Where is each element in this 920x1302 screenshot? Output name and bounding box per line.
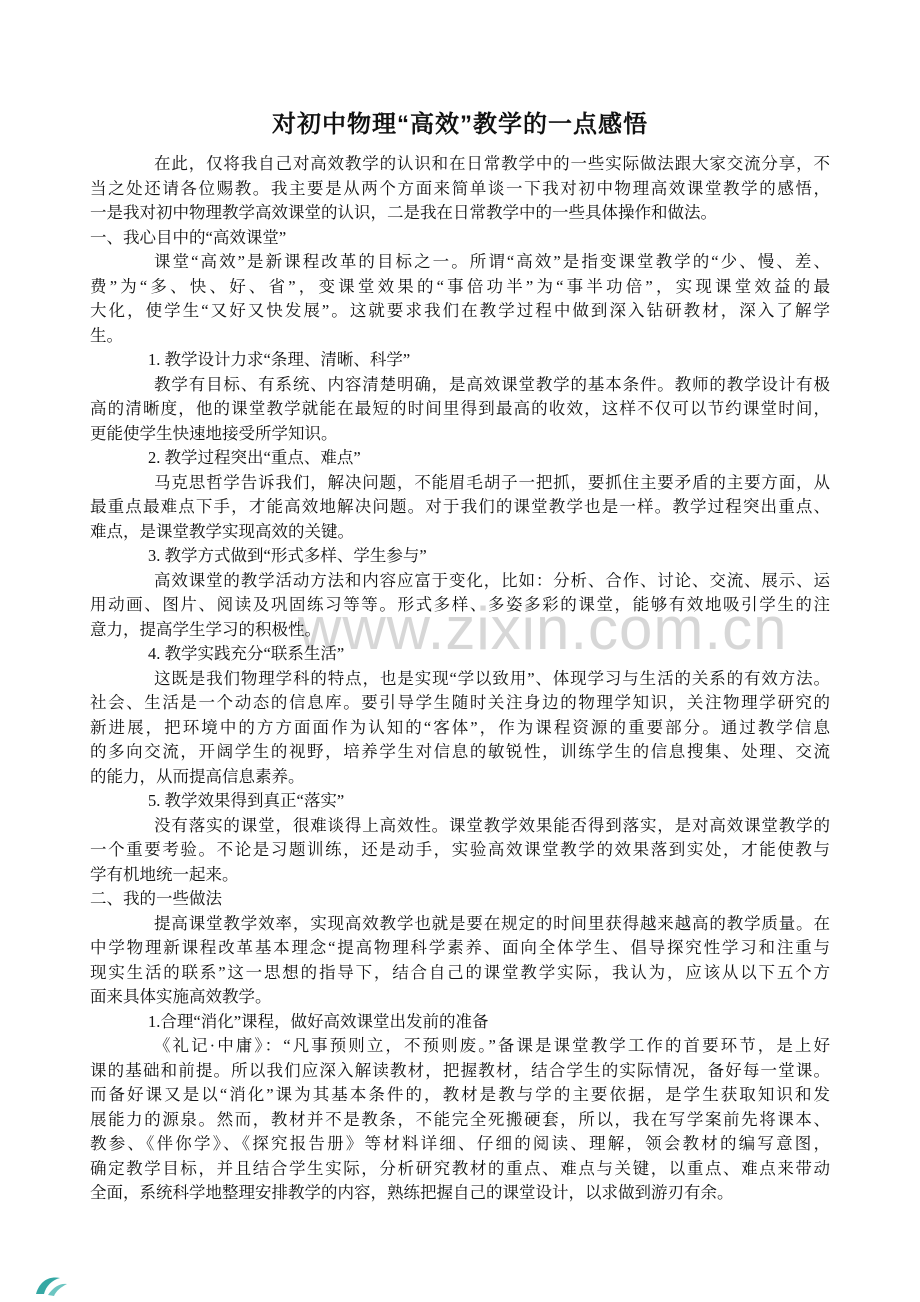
text-line: 一是我对初中物理教学高效课堂的认识，二是我在日常教学中的一些具体操作和做法。	[90, 201, 830, 226]
text-line: 新进展，把环境中的方方面面作为认知的“客体”，作为课程资源的重要部分。通过教学信…	[90, 716, 830, 741]
text-line: 二、我的一些做法	[90, 887, 830, 912]
text-line: 一、我心目中的“高效课堂”	[90, 226, 830, 251]
text-line: 1. 教学设计力求“条理、清晰、科学”	[90, 348, 830, 373]
text-line: 大化，使学生“又好又快发展”。这就要求我们在教学过程中做到深入钻研教材，深入了解…	[90, 299, 830, 324]
corner-logo-icon	[30, 1270, 70, 1300]
text-line: 意力，提高学生学习的积极性。	[90, 618, 830, 643]
text-line: 的能力，从而提高信息素养。	[90, 765, 830, 790]
document-title: 对初中物理“高效”教学的一点感悟	[0, 104, 920, 139]
text-line: 而备好课又是以“消化”课为其基本条件的，教材是教与学的主要依据，是学生获取知识和…	[90, 1083, 830, 1108]
text-line: 费”为“多、快、好、省”，变课堂效果的“事倍功半”为“事半功倍”，实现课堂效益的…	[90, 275, 830, 300]
text-line: 社会、生活是一个动态的信息库。要引导学生随时关注身边的物理学知识，关注物理学研究…	[90, 691, 830, 716]
text-line: 全面，系统科学地整理安排教学的内容，熟练把握自己的课堂设计，以求做到游刃有余。	[90, 1181, 830, 1206]
text-line: 3. 教学方式做到“形式多样、学生参与”	[90, 544, 830, 569]
text-line: 高效课堂的教学活动方法和内容应富于变化，比如：分析、合作、讨论、交流、展示、运	[90, 569, 830, 594]
text-line: 5. 教学效果得到真正“落实”	[90, 789, 830, 814]
text-line: 1.合理“消化”课程，做好高效课堂出发前的准备	[90, 1010, 830, 1035]
text-line: 展能力的源泉。然而，教材并不是教条，不能完全死搬硬套，所以，我在写学案前先将课本…	[90, 1108, 830, 1133]
text-line: 生。	[90, 324, 830, 349]
text-line: 用动画、图片、阅读及巩固练习等等。形式多样、多姿多彩的课堂，能够有效地吸引学生的…	[90, 593, 830, 618]
text-line: 课堂“高效”是新课程改革的目标之一。所谓“高效”是指变课堂教学的“少、慢、差、	[90, 250, 830, 275]
text-line: 当之处还请各位赐教。我主要是从两个方面来简单谈一下我对初中物理高效课堂教学的感悟…	[90, 177, 830, 202]
text-line: 教参、《伴你学》、《探究报告册》等材料详细、仔细的阅读、理解，领会教材的编写意图…	[90, 1132, 830, 1157]
text-line: 在此，仅将我自己对高效教学的认识和在日常教学中的一些实际做法跟大家交流分享，不	[90, 152, 830, 177]
document-page: 对初中物理“高效”教学的一点感悟 www.zixin.com.cn 在此，仅将我…	[0, 0, 920, 1302]
text-line: 确定教学目标，并且结合学生实际，分析研究教材的重点、难点与关键，以重点、难点来带…	[90, 1157, 830, 1182]
text-line: 中学物理新课程改革基本理念“提高物理科学素养、面向全体学生、倡导探究性学习和注重…	[90, 936, 830, 961]
text-line: 现实生活的联系”这一思想的指导下，结合自己的课堂教学实际，我认为，应该从以下五个…	[90, 961, 830, 986]
text-line: 最重点最难点下手，才能高效地解决问题。对于我们的课堂教学也是一样。教学过程突出重…	[90, 495, 830, 520]
text-line: 更能使学生快速地接受所学知识。	[90, 422, 830, 447]
text-line: 这既是我们物理学科的特点，也是实现“学以致用”、体现学习与生活的关系的有效方法。	[90, 667, 830, 692]
text-line: 4. 教学实践充分“联系生活”	[90, 642, 830, 667]
text-line: 学有机地统一起来。	[90, 863, 830, 888]
text-line: 课的基础和前提。所以我们应深入解读教材，把握教材，结合学生的实际情况，备好每一堂…	[90, 1059, 830, 1084]
text-line: 没有落实的课堂，很难谈得上高效性。课堂教学效果能否得到落实，是对高效课堂教学的	[90, 814, 830, 839]
text-line: 一个重要考验。不论是习题训练，还是动手，实验高效课堂教学的效果落到实处，才能使教…	[90, 838, 830, 863]
text-line: 2. 教学过程突出“重点、难点”	[90, 446, 830, 471]
text-line: 面来具体实施高效教学。	[90, 985, 830, 1010]
text-line: 《礼记·中庸》：“凡事预则立，不预则废。”备课是课堂教学工作的首要环节，是上好	[90, 1034, 830, 1059]
text-line: 提高课堂教学效率，实现高效教学也就是要在规定的时间里获得越来越高的教学质量。在	[90, 912, 830, 937]
document-body: 在此，仅将我自己对高效教学的认识和在日常教学中的一些实际做法跟大家交流分享，不当…	[90, 152, 830, 1206]
text-line: 的多向交流，开阔学生的视野，培养学生对信息的敏锐性，训练学生的信息搜集、处理、交…	[90, 740, 830, 765]
text-line: 高的清晰度，他的课堂教学就能在最短的时间里得到最高的收效，这样不仅可以节约课堂时…	[90, 397, 830, 422]
text-line: 难点，是课堂教学实现高效的关键。	[90, 520, 830, 545]
text-line: 马克思哲学告诉我们，解决问题，不能眉毛胡子一把抓，要抓住主要矛盾的主要方面，从	[90, 471, 830, 496]
text-line: 教学有目标、有系统、内容清楚明确，是高效课堂教学的基本条件。教师的教学设计有极	[90, 373, 830, 398]
